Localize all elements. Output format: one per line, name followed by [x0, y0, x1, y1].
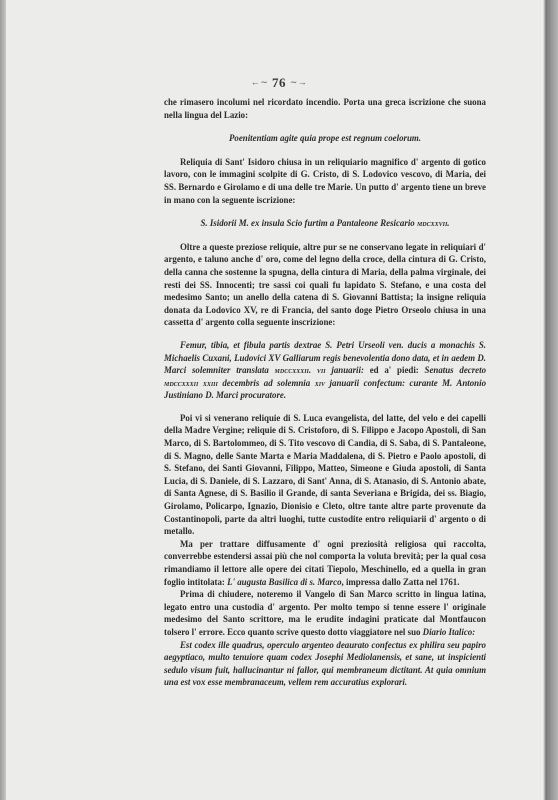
book-title: Diario Italico:: [423, 627, 476, 637]
text-column: che rimasero incolumi nel ricordato ince…: [164, 96, 486, 689]
quote-poenitentiam: Poenitentiam agite quia prope est regnum…: [164, 132, 486, 145]
paragraph-preziosita: Ma per trattare diffusamente d' ogni pre…: [164, 538, 486, 588]
page-number: 76: [272, 75, 286, 90]
inscription-year: mdcxxvii.: [417, 218, 450, 228]
scan-right-edge: [543, 0, 558, 800]
inscription-date: mdccxxxii. vii: [275, 365, 326, 375]
paragraph-1: che rimasero incolumi nel ricordato ince…: [164, 96, 486, 121]
inscription-date: xiv: [315, 378, 325, 388]
paragraph-text: , impressa dallo Zatta nel 1761.: [342, 577, 460, 587]
page-header: ←∼ 76 ∼→: [0, 75, 558, 91]
paragraph-venerano: Poi vi si venerano reliquie di S. Luca e…: [164, 412, 486, 538]
ornament-right-icon: ∼→: [290, 77, 308, 87]
inscription-part: januarii:: [326, 365, 370, 375]
inscription-part: decembris ad solemnia: [218, 378, 315, 388]
inscription-text: S. Isidorii M. ex insula Scio furtim a P…: [200, 218, 416, 228]
paragraph-vangelo: Prima di chiudere, noteremo il Vangelo d…: [164, 588, 486, 638]
inscription-date: mdccxxxii xxiii: [164, 378, 218, 388]
quote-montfaucon: Est codex ille quadrus, operculo argente…: [164, 639, 486, 689]
inscription-isidorii: S. Isidorii M. ex insula Scio furtim a P…: [164, 217, 486, 230]
inscription-part: Senatus decreto: [425, 365, 487, 375]
paragraph-reliquie: Oltre a queste preziose reliquie, altre …: [164, 241, 486, 329]
ornament-left-icon: ←∼: [251, 77, 269, 87]
inscription-note: ed a' piedi:: [370, 365, 425, 375]
inscription-orseolo: Femur, tibia, et fibula partis dextrae S…: [164, 339, 486, 402]
book-title: L' augusta Basilica di s. Marco: [227, 577, 341, 587]
paragraph-isidoro: Reliquia di Sant' Isidoro chiusa in un r…: [164, 156, 486, 206]
